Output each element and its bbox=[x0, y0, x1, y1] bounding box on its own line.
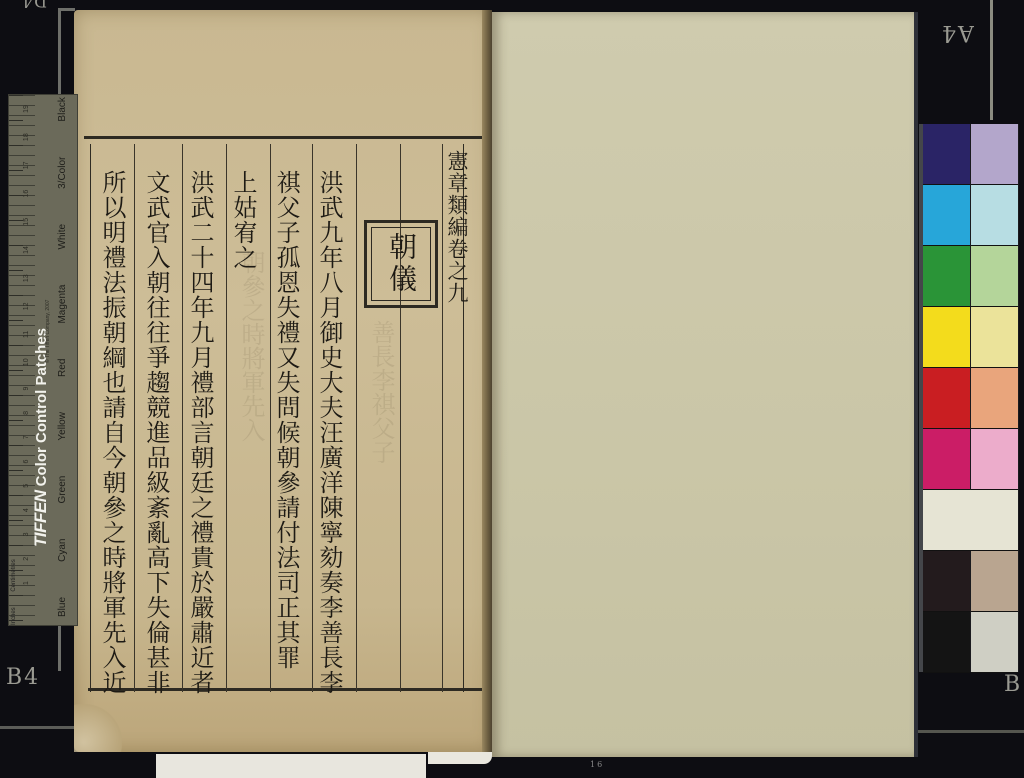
ruler-number: 7 bbox=[23, 435, 30, 439]
text-column-5: 文武官入朝往往爭趨競進品級紊亂高下失倫甚非 bbox=[144, 170, 168, 695]
ruler-number: 17 bbox=[23, 161, 30, 169]
ruler-numbers: 1 2 3 4 5 6 7 8 9 10 11 12 13 14 15 16 1… bbox=[23, 105, 30, 585]
label-white: White bbox=[57, 224, 68, 250]
section-title-box: 朝儀 bbox=[364, 220, 438, 308]
unit-inches: Inches bbox=[11, 607, 17, 625]
board-label-d4: D4 bbox=[20, 0, 47, 11]
color-patch-red bbox=[923, 368, 970, 429]
color-patch-blue bbox=[923, 124, 970, 185]
color-patch-cyan-light bbox=[971, 185, 1018, 246]
ruler-number: 8 bbox=[23, 411, 30, 415]
text-column-4: 洪武二十四年九月禮部言朝廷之禮貴於嚴肅近者 bbox=[188, 170, 212, 695]
column-rule bbox=[356, 144, 357, 692]
ruler-number: 2 bbox=[23, 557, 30, 561]
ruler-number: 13 bbox=[23, 274, 30, 282]
board-frame-line bbox=[0, 726, 80, 729]
upper-border-line bbox=[84, 136, 482, 139]
board-label-b: B bbox=[1004, 672, 1022, 697]
page-edge bbox=[914, 12, 918, 757]
text-column-3: 上姑宥之 bbox=[231, 170, 255, 270]
color-patch-green-light bbox=[971, 246, 1018, 307]
color-patch-chart bbox=[919, 124, 1019, 672]
unit-centimetres: Centimetres bbox=[11, 559, 17, 591]
ruler-number: 6 bbox=[23, 460, 30, 464]
ruler-number: 1 bbox=[23, 581, 30, 585]
ruler-number: 4 bbox=[23, 508, 30, 512]
text-column-1: 洪武九年八月御史大夫汪廣洋陳寧劾奏李善長李 bbox=[317, 170, 341, 695]
column-rule bbox=[270, 144, 271, 692]
color-patch-brown-gray bbox=[971, 551, 1018, 612]
volume-header: 憲章類編卷之九 bbox=[446, 150, 467, 304]
label-blue: Blue bbox=[57, 597, 68, 617]
color-patch-yellow-light bbox=[971, 307, 1018, 368]
ruler-copyright: © The Tiffen Company, 2007 bbox=[45, 300, 51, 363]
text-column-2: 祺父子孤恩失禮又失問候朝參請付法司正其罪 bbox=[274, 170, 298, 670]
ruler-number: 9 bbox=[23, 387, 30, 391]
ruler-number: 11 bbox=[23, 331, 30, 338]
column-rule bbox=[182, 144, 183, 692]
label-3color: 3/Color bbox=[57, 157, 68, 189]
label-red: Red bbox=[57, 359, 68, 377]
ruler-units: Inches Centimetres bbox=[11, 545, 17, 625]
page-corner-wear bbox=[74, 704, 122, 752]
section-title: 朝儀 bbox=[381, 232, 421, 296]
board-ruler-mark: 16 bbox=[590, 760, 604, 769]
column-rule bbox=[312, 144, 313, 692]
tiffen-color-ruler: Inches Centimetres 1 2 3 4 5 6 7 8 9 10 … bbox=[8, 94, 78, 626]
ruler-number: 16 bbox=[23, 190, 30, 198]
label-magenta: Magenta bbox=[57, 285, 68, 324]
label-yellow: Yellow bbox=[57, 412, 68, 441]
page-spine bbox=[482, 10, 492, 752]
board-frame-line bbox=[916, 730, 1024, 733]
color-patch-cyan bbox=[923, 185, 970, 246]
label-green: Green bbox=[57, 476, 68, 504]
show-through-text: 善長李祺父子 bbox=[364, 320, 399, 464]
ruler-number: 5 bbox=[23, 484, 30, 488]
ruler-number: 19 bbox=[23, 105, 30, 113]
board-label-b4: B4 bbox=[6, 665, 40, 690]
show-through-text: 朝參之時將軍先入 bbox=[234, 250, 269, 442]
text-column-6: 所以明禮法振朝綱也請自今朝參之時將軍先入近 bbox=[100, 170, 124, 695]
color-patch-black bbox=[923, 612, 970, 673]
color-patch-magenta-light bbox=[971, 429, 1018, 490]
ruler-number: 15 bbox=[23, 218, 30, 226]
ruler-number: 14 bbox=[23, 246, 30, 254]
ruler-color-labels: Blue Cyan Green Yellow Red Magenta White… bbox=[57, 97, 68, 617]
column-rule bbox=[226, 144, 227, 692]
color-patch-red-light bbox=[971, 368, 1018, 429]
ruler-number: 10 bbox=[23, 358, 30, 366]
color-patch-magenta bbox=[923, 429, 970, 490]
column-rule bbox=[134, 144, 135, 692]
color-patch-white bbox=[923, 490, 1018, 551]
right-page-blank bbox=[492, 12, 914, 757]
color-patch-light-gray bbox=[971, 612, 1018, 673]
ruler-number: 12 bbox=[23, 303, 30, 311]
column-rule bbox=[442, 144, 443, 692]
label-black: Black bbox=[57, 97, 68, 121]
left-page: 朝參之時將軍先入 善長李祺父子 憲章類編卷之九 朝儀 洪武九年八月御史大夫汪廣洋… bbox=[74, 10, 492, 752]
ruler-number: 3 bbox=[23, 532, 30, 536]
board-frame-line bbox=[990, 0, 993, 120]
color-patch-blue-light bbox=[971, 124, 1018, 185]
board-label-a4: A4 bbox=[940, 20, 974, 45]
paper-slip bbox=[428, 752, 492, 764]
tiffen-logo: TIFFEN bbox=[31, 491, 50, 548]
ruler-number: 18 bbox=[23, 133, 30, 141]
color-patch-yellow bbox=[923, 307, 970, 368]
paper-slip bbox=[156, 754, 426, 778]
label-cyan: Cyan bbox=[57, 539, 68, 562]
color-patch-three-color bbox=[923, 551, 970, 612]
color-patch-green bbox=[923, 246, 970, 307]
